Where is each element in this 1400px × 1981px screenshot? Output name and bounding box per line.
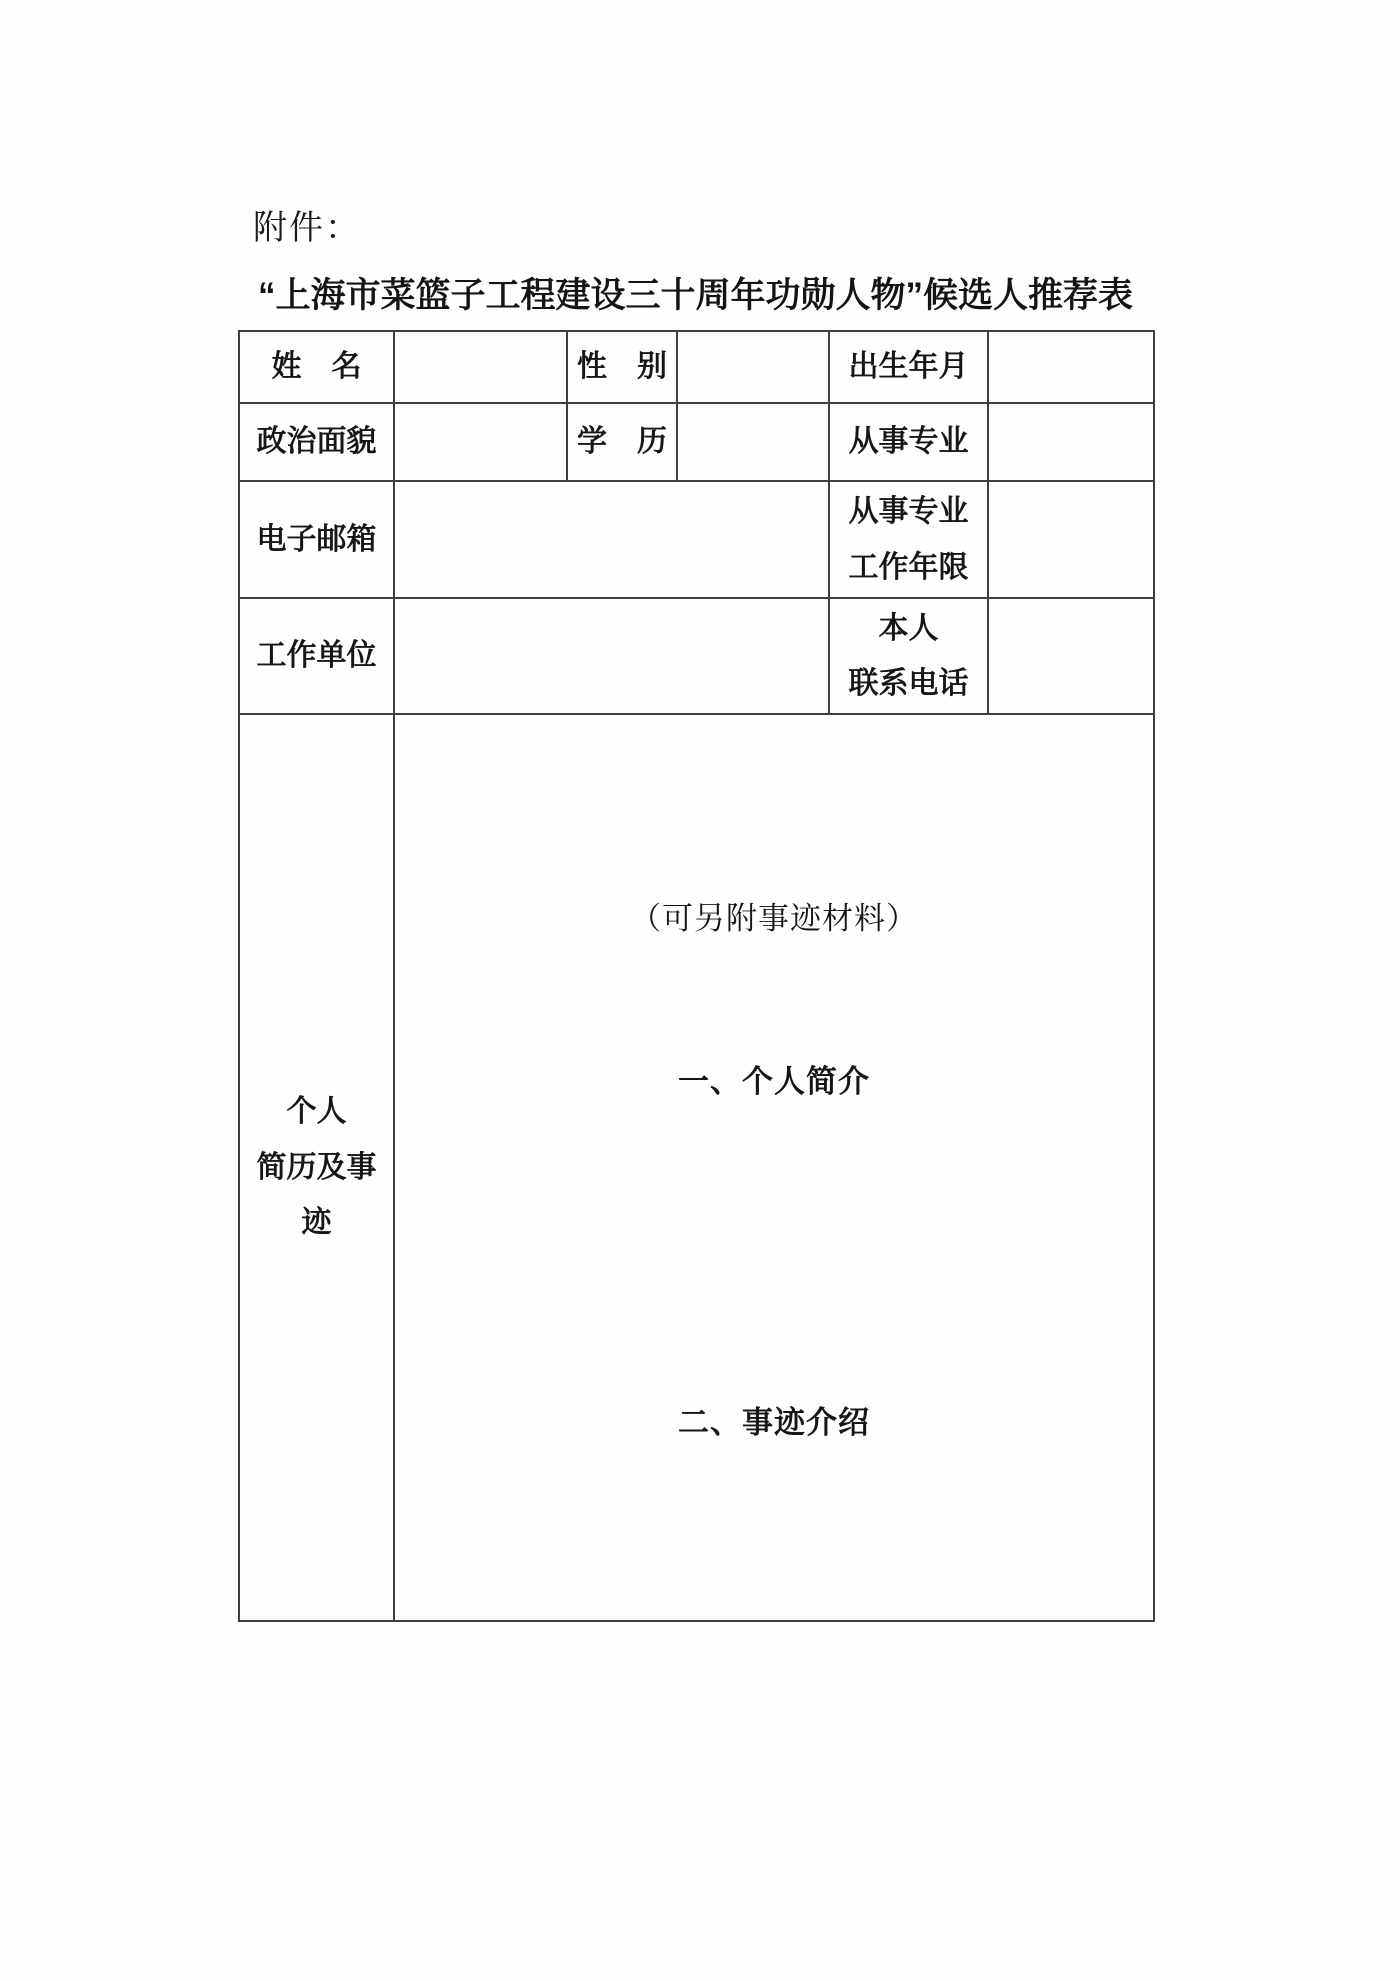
table-row: 工作单位 本人 联系电话 — [239, 598, 1154, 714]
political-status-label-cell: 政治面貌 — [239, 403, 394, 481]
table-row: 个人 简历及事 迹 （可另附事迹材料） 一、个人简介 二、事迹介绍 — [239, 714, 1154, 1621]
birth-date-value-cell — [988, 331, 1154, 403]
phone-label-cell: 本人 联系电话 — [829, 598, 988, 714]
phone-value-cell — [988, 598, 1154, 714]
gender-value-cell — [677, 331, 829, 403]
resume-section2-heading: 二、事迹介绍 — [395, 1394, 1153, 1451]
work-unit-label-cell: 工作单位 — [239, 598, 394, 714]
name-value-cell — [394, 331, 567, 403]
work-unit-value-cell — [394, 598, 829, 714]
table-row: 姓 名 性 别 出生年月 — [239, 331, 1154, 403]
work-years-label-cell: 从事专业 工作年限 — [829, 481, 988, 598]
birth-date-label-cell: 出生年月 — [829, 331, 988, 403]
resume-content-cell: （可另附事迹材料） 一、个人简介 二、事迹介绍 — [394, 714, 1154, 1621]
gender-label-cell: 性 别 — [567, 331, 677, 403]
resume-label-cell: 个人 简历及事 迹 — [239, 714, 394, 1621]
email-label-cell: 电子邮箱 — [239, 481, 394, 598]
scanned-document-page: 附件： “上海市菜篮子工程建设三十周年功勋人物”候选人推荐表 姓 名 性 别 出… — [0, 0, 1400, 1981]
name-label-cell: 姓 名 — [239, 331, 394, 403]
profession-value-cell — [988, 403, 1154, 481]
profession-label-cell: 从事专业 — [829, 403, 988, 481]
attachment-label: 附件： — [253, 200, 361, 249]
page-title: “上海市菜篮子工程建设三十周年功勋人物”候选人推荐表 — [238, 268, 1153, 318]
work-years-value-cell — [988, 481, 1154, 598]
education-value-cell — [677, 403, 829, 481]
education-label-cell: 学 历 — [567, 403, 677, 481]
resume-section1-heading: 一、个人简介 — [395, 1053, 1153, 1110]
resume-note: （可另附事迹材料） — [395, 890, 1153, 947]
table-row: 政治面貌 学 历 从事专业 — [239, 403, 1154, 481]
political-status-value-cell — [394, 403, 567, 481]
table-row: 电子邮箱 从事专业 工作年限 — [239, 481, 1154, 598]
email-value-cell — [394, 481, 829, 598]
recommendation-table: 姓 名 性 别 出生年月 政治面貌 学 历 从事专业 电子邮箱 从事专业 工作年… — [238, 330, 1155, 1622]
